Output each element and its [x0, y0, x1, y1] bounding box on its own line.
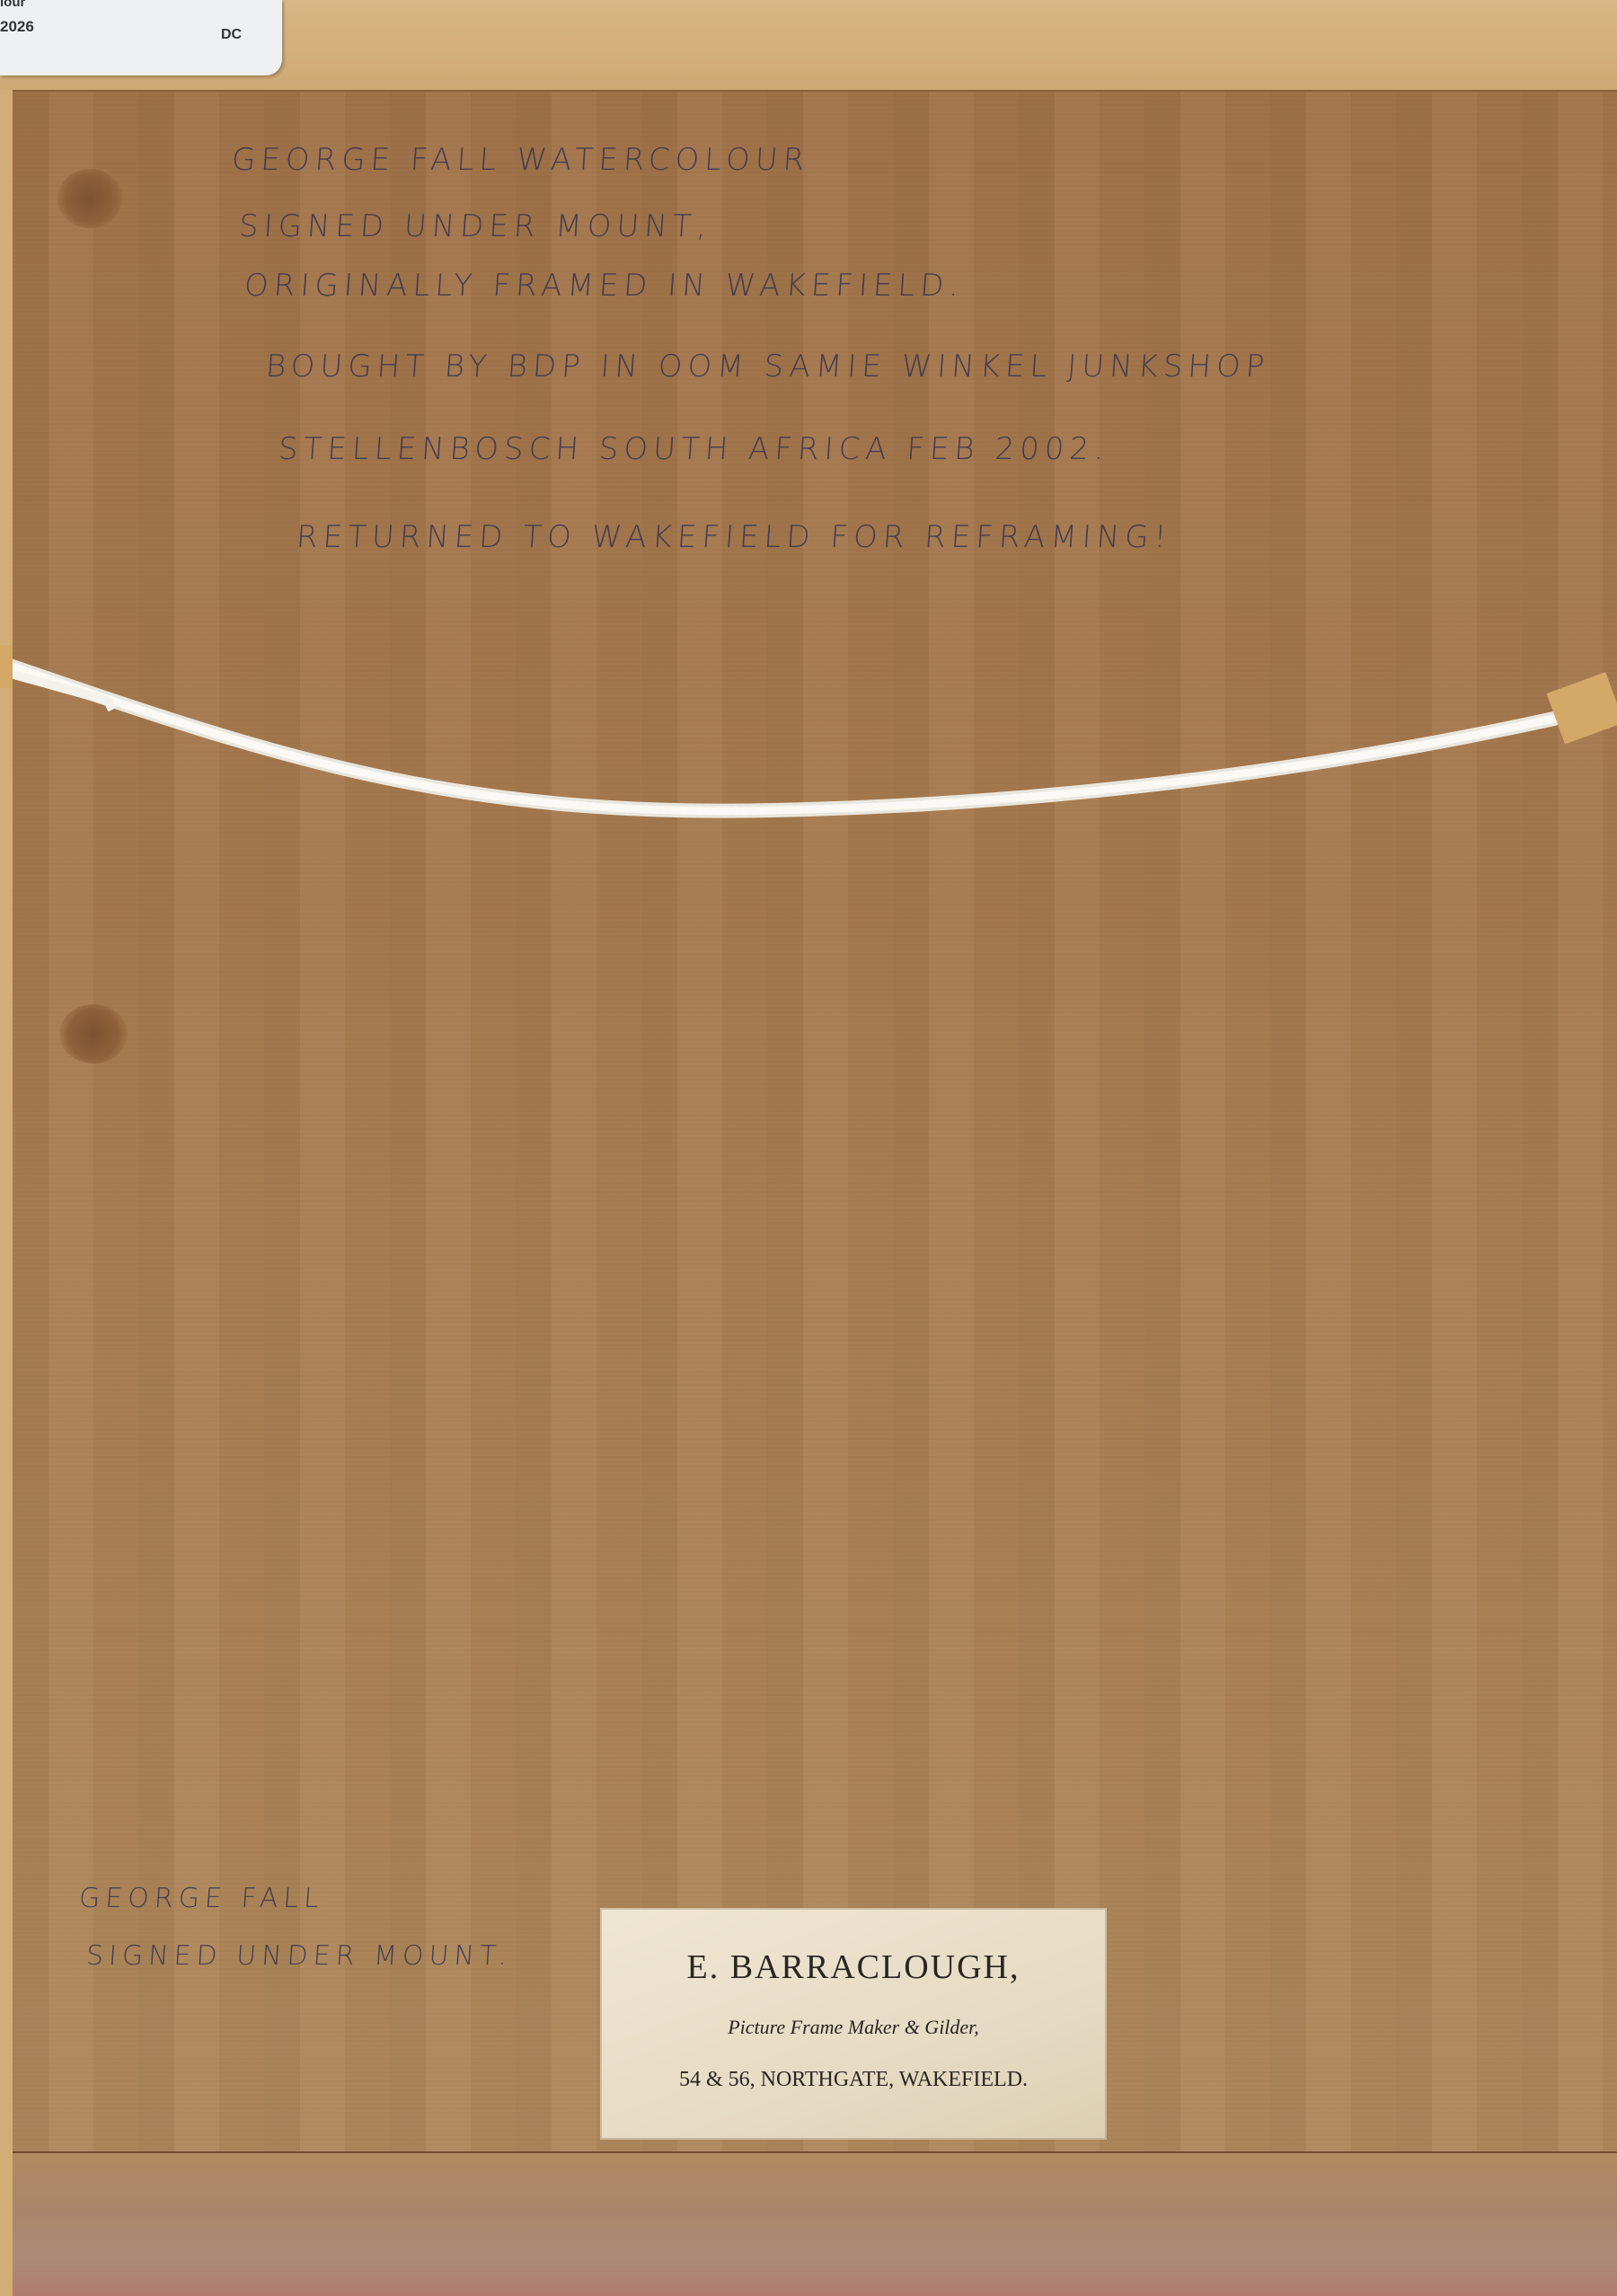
framer-trade: Picture Frame Maker & Gilder, — [600, 2016, 1107, 2039]
stained-bottom-band — [13, 2151, 1617, 2296]
handwritten-note-bottom: George Fall — [78, 1883, 325, 1914]
hanging-cord — [0, 620, 1617, 835]
handwritten-note-line: Bought by BDP in Oom Samie Winkel Junksh… — [265, 349, 1271, 384]
water-stain — [57, 169, 122, 228]
handwritten-note-line: Returned to Wakefield for reframing! — [296, 519, 1173, 555]
handwritten-note-line: Stellenbosch South Africa Feb 2002. — [278, 431, 1111, 467]
handwritten-note-line: Signed under mount, — [238, 208, 713, 244]
water-stain — [59, 1004, 128, 1064]
lot-id-card: lour 2026 DC — [0, 0, 282, 75]
id-card-year: 2026 — [0, 18, 34, 36]
framer-address: 54 & 56, NORTHGATE, WAKEFIELD. — [600, 2068, 1107, 2092]
framer-name: E. BARRACLOUGH, — [600, 1947, 1107, 1987]
handwritten-note-bottom: Signed under mount. — [85, 1940, 514, 1972]
frame-left-edge — [0, 90, 13, 2296]
id-card-line1: lour — [0, 0, 25, 10]
id-card-initials: DC — [221, 27, 242, 43]
handwritten-note-line: Originally framed in Wakefield. — [243, 268, 966, 304]
handwritten-note-line: George Fall watercolour — [231, 142, 811, 178]
framer-label: E. BARRACLOUGH, Picture Frame Maker & Gi… — [600, 1908, 1107, 2140]
